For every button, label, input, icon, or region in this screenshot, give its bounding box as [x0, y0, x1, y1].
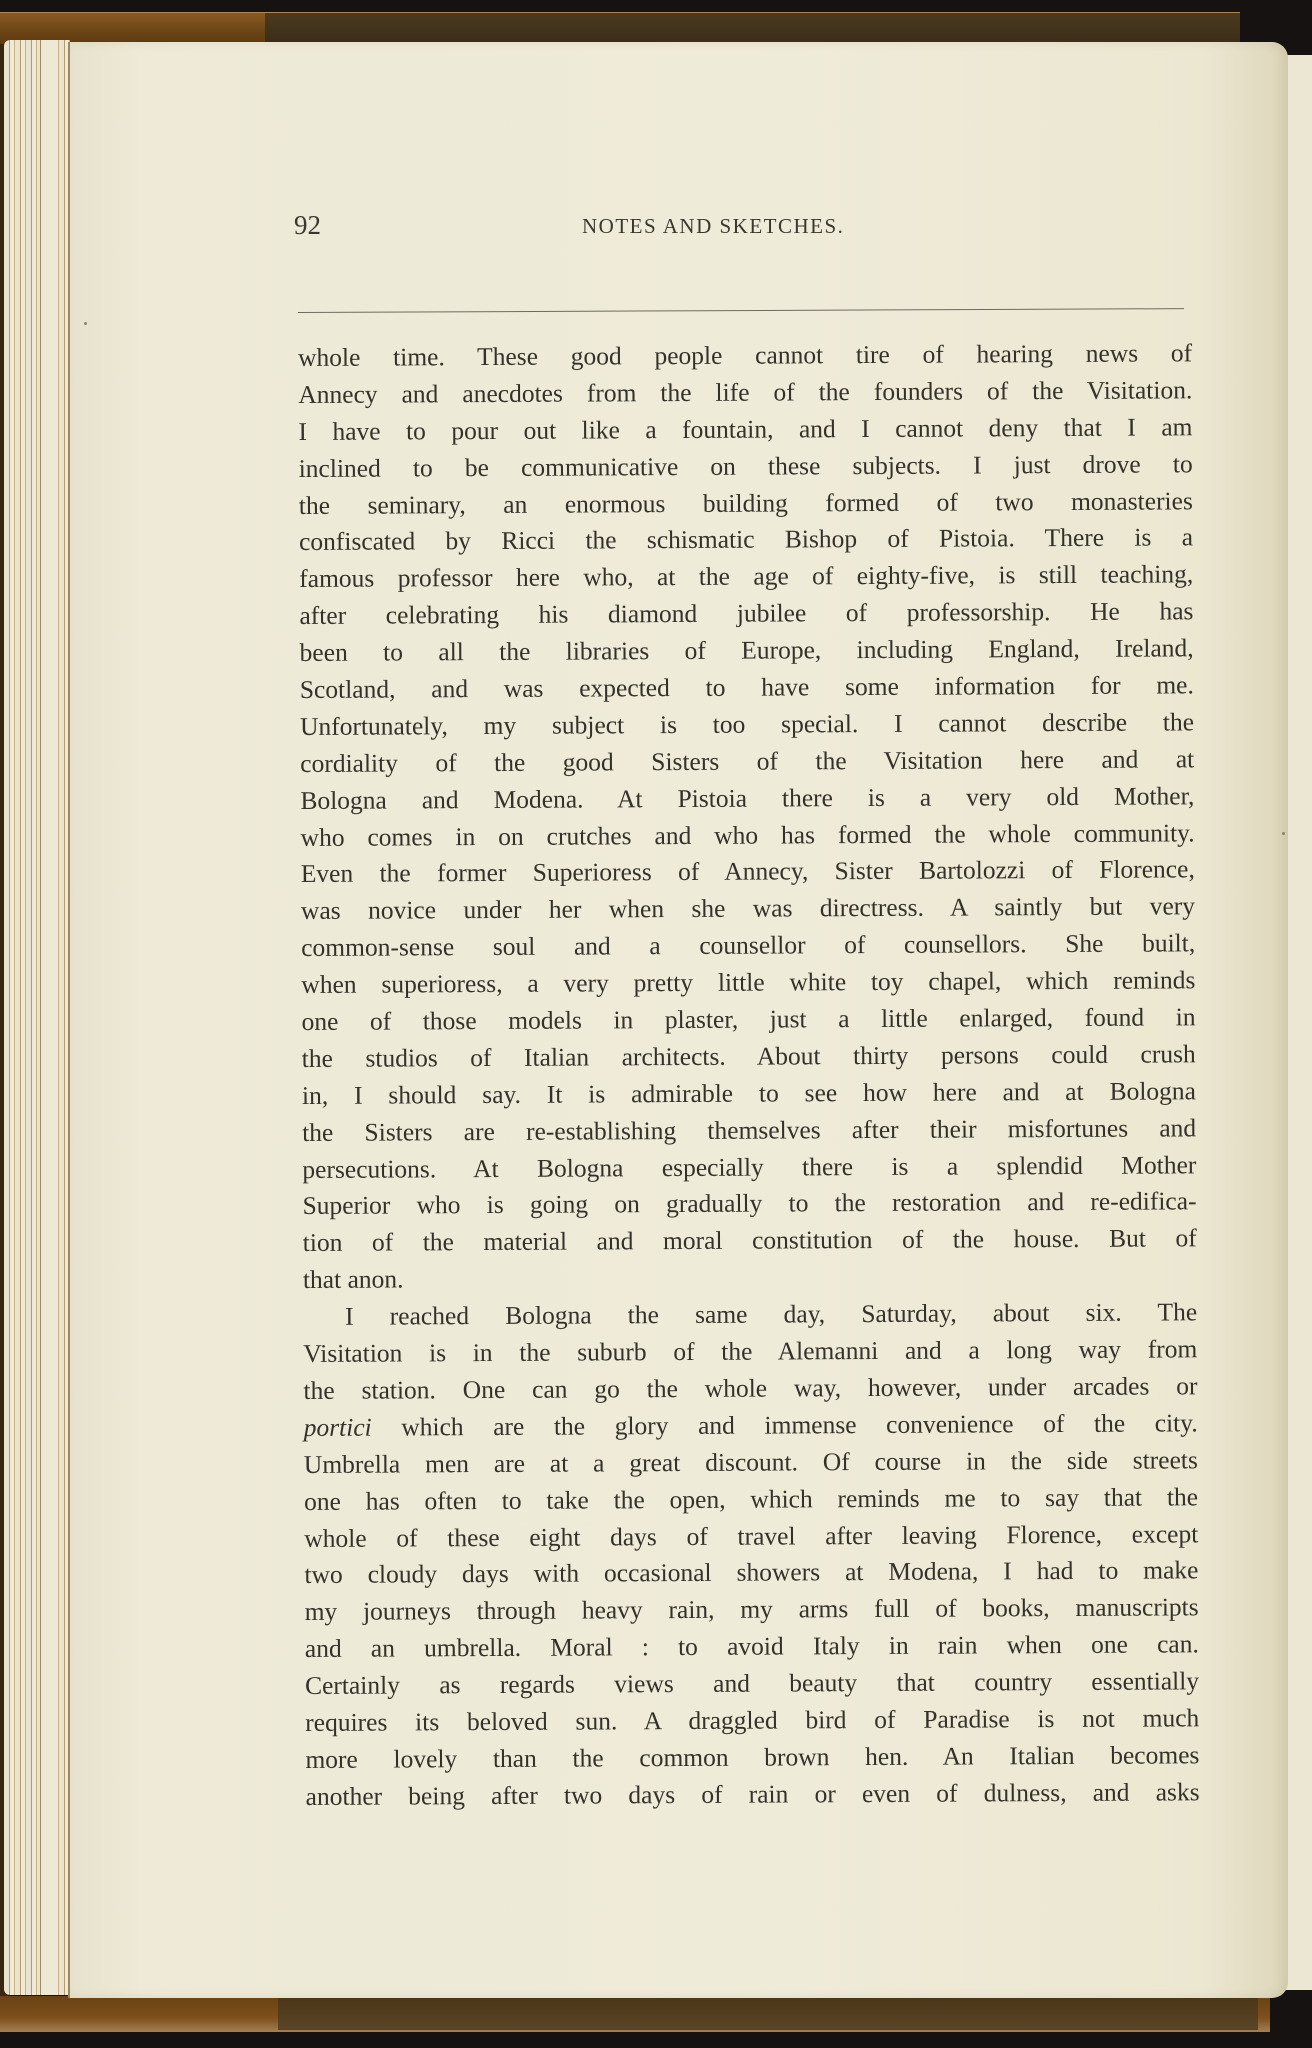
text-line: persecutions. At Bologna especially ther…	[302, 1147, 1196, 1189]
text-line: more lovely than the common brown hen. A…	[305, 1737, 1199, 1779]
page-gap	[40, 40, 57, 1995]
text-line: and an umbrella. Moral : to avoid Italy …	[305, 1626, 1199, 1668]
paper-speck	[1282, 832, 1285, 835]
text-line-rest: which are the glory and immense convenie…	[401, 1408, 1198, 1441]
text-line: in, I should say. It is admirable to see…	[302, 1073, 1196, 1115]
text-line: I have to pour out like a fountain, and …	[298, 409, 1192, 451]
text-line: common-sense soul and a counsellor of co…	[301, 926, 1195, 968]
text-line: my journeys through heavy rain, my arms …	[305, 1590, 1199, 1632]
text-line: Bologna and Modena. At Pistoia there is …	[300, 778, 1194, 820]
header-rule	[298, 308, 1184, 313]
text-line: whole time. These good people cannot tir…	[298, 335, 1192, 377]
text-line: the studios of Italian architects. About…	[302, 1036, 1196, 1078]
text-line: one of those models in plaster, just a l…	[301, 999, 1195, 1041]
text-line: two cloudy days with occasional showers …	[304, 1553, 1198, 1595]
text-line: requires its beloved sun. A draggled bir…	[305, 1700, 1199, 1742]
text-line: who comes in on crutches and who has for…	[301, 815, 1195, 857]
text-line-with-italic: portici which are the glory and immense …	[304, 1405, 1198, 1447]
text-line: after celebrating his diamond jubilee of…	[299, 594, 1193, 636]
text-line: famous professor here who, at the age of…	[299, 557, 1193, 599]
text-line: one has often to take the open, which re…	[304, 1479, 1198, 1521]
body-text: whole time. These good people cannot tir…	[298, 335, 1200, 1815]
text-line: tion of the material and moral constitut…	[303, 1221, 1197, 1263]
text-line: the station. One can go the whole way, h…	[303, 1368, 1197, 1410]
scanned-book-page: 92 NOTES AND SKETCHES. whole time. These…	[0, 0, 1312, 2048]
worn-cover-texture	[278, 1996, 1258, 2030]
paper-speck	[84, 322, 87, 325]
worn-cover-texture	[265, 13, 1240, 45]
text-line: cordiality of the good Sisters of the Vi…	[300, 741, 1194, 783]
text-line: when superioress, a very pretty little w…	[301, 962, 1195, 1004]
running-head-title: NOTES AND SKETCHES.	[582, 214, 844, 239]
text-line: confiscated by Ricci the schismatic Bish…	[299, 520, 1193, 562]
text-line: Even the former Superioress of Annecy, S…	[301, 852, 1195, 894]
page-stack-edges	[4, 40, 70, 1995]
italic-term: portici	[304, 1412, 372, 1441]
text-line: another being after two days of rain or …	[306, 1774, 1200, 1816]
text-line: the Sisters are re-establishing themselv…	[302, 1110, 1196, 1152]
page-number: 92	[294, 210, 321, 241]
text-line: Visitation is in the suburb of the Alema…	[303, 1331, 1197, 1373]
book-cover-bottom-edge	[0, 1996, 1270, 2032]
book-cover-top-edge	[0, 12, 1240, 45]
text-line: inclined to be communicative on these su…	[299, 446, 1193, 488]
text-line: Unfortunately, my subject is too special…	[300, 704, 1194, 746]
text-line: whole of these eight days of travel afte…	[304, 1516, 1198, 1558]
text-line: Certainly as regards views and beauty th…	[305, 1663, 1199, 1705]
text-line: was novice under her when she was direct…	[301, 889, 1195, 931]
text-line: Annecy and anecdotes from the life of th…	[298, 372, 1192, 414]
text-line: Scotland, and was expected to have some …	[300, 667, 1194, 709]
text-line: Superior who is going on gradually to th…	[302, 1184, 1196, 1226]
text-line: been to all the libraries of Europe, inc…	[300, 630, 1194, 672]
page-sheet: 92 NOTES AND SKETCHES. whole time. These…	[68, 42, 1288, 1998]
text-line: that anon.	[303, 1258, 1197, 1300]
text-line: I reached Bologna the same day, Saturday…	[303, 1294, 1197, 1336]
text-line: the seminary, an enormous building forme…	[299, 483, 1193, 525]
text-line: Umbrella men are at a great discount. Of…	[304, 1442, 1198, 1484]
